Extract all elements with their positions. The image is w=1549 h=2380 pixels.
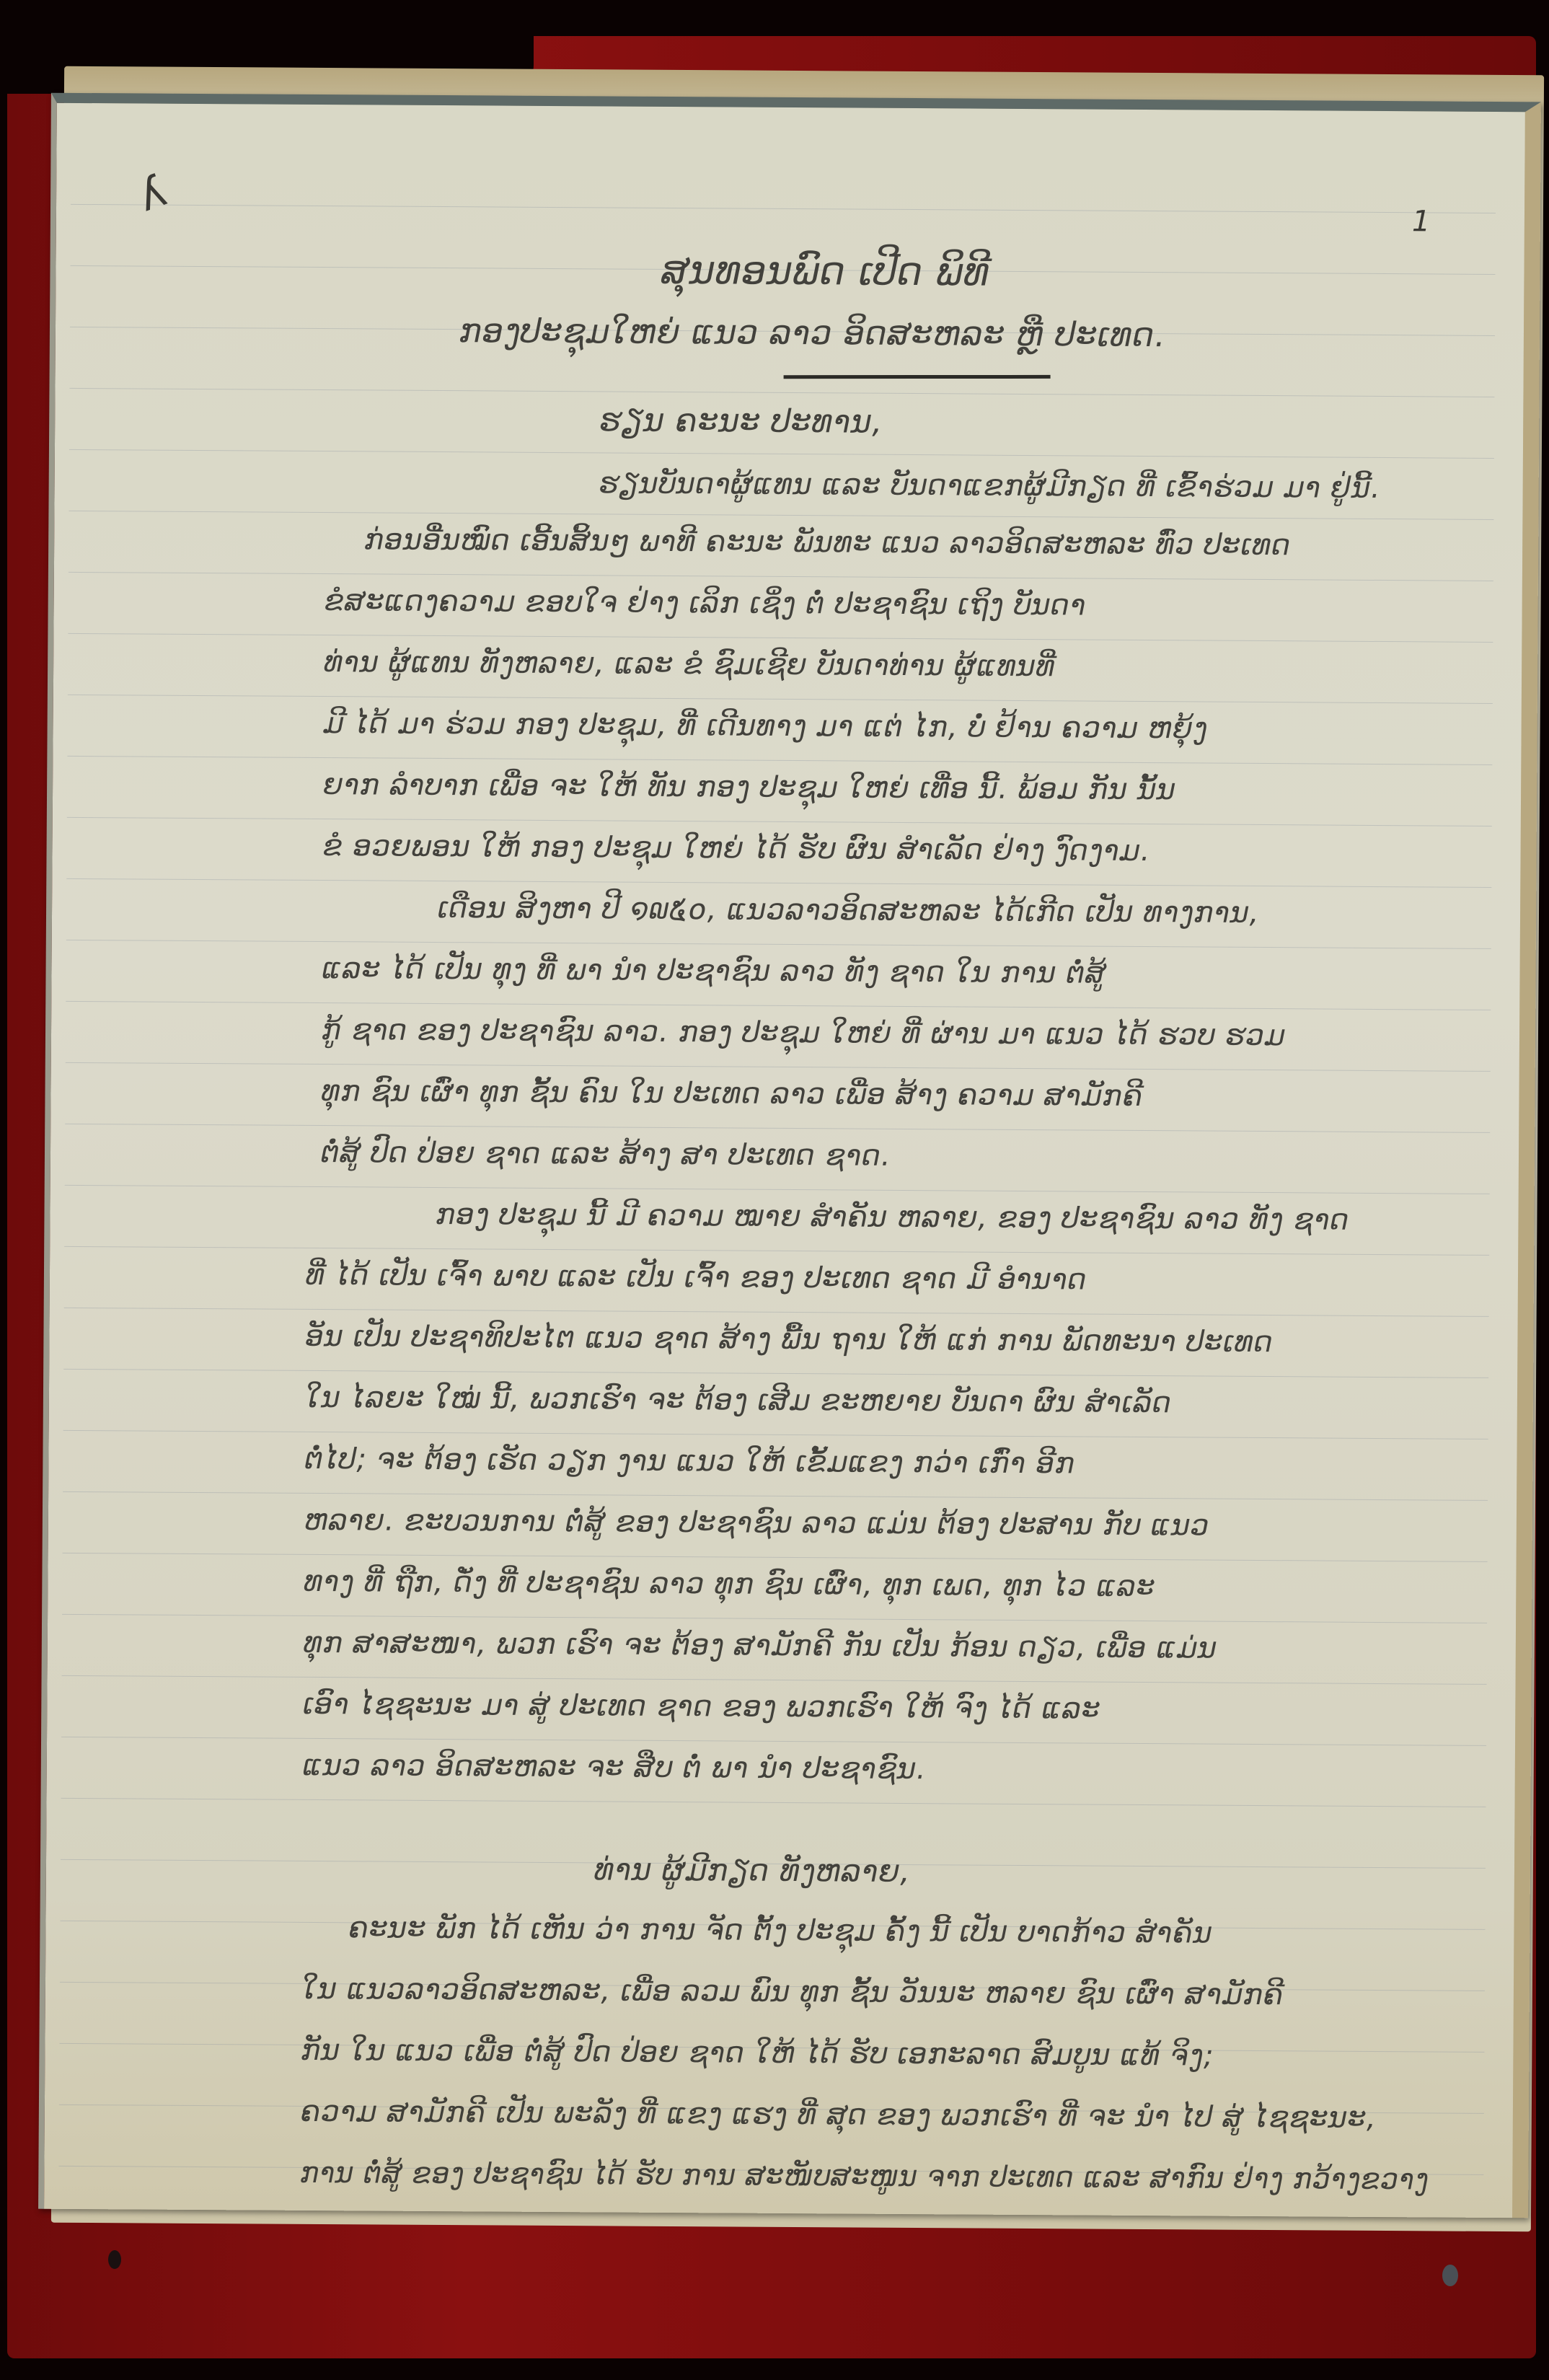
- ruled-line: [63, 1553, 1488, 1562]
- body-line: ແລະ ໄດ້ ເປັນ ທຸງ ທີ່ ພາ ນຳ ປະຊາຊົນ ລາວ ທ…: [322, 952, 1106, 990]
- ruled-line: [69, 572, 1493, 581]
- corner-mark: ʎ: [131, 166, 172, 222]
- body-line: ແນວ ລາວ ອິດສະຫລະ ຈະ ສືບ ຕໍ່ ພາ ນຳ ປະຊາຊົ…: [303, 1749, 927, 1786]
- body-line: ກ່ອນອື່ນໝົດ ເອີ້ນສິ້ນໆ ພາທີ ຄະນະ ພັນທະ ແ…: [364, 523, 1291, 562]
- title-line-1: ສຸນທອນພົດ ເປີດ ພິທີ: [661, 247, 990, 295]
- manuscript-page: ʎ 1 ສຸນທອນພົດ ເປີດ ພິທີ ກອງປະຊຸມໃຫຍ່ ແນວ…: [38, 93, 1541, 2218]
- title-line-2: ກອງປະຊຸມໃຫຍ່ ແນວ ລາວ ອິດສະຫລະ ຫຼື ປະເທດ.: [459, 311, 1166, 354]
- ruled-line: [62, 1675, 1487, 1685]
- body-line: ຫລາຍ. ຂະບວນການ ຕໍ່ສູ້ ຂອງ ປະຊາຊົນ ລາວ ແມ…: [304, 1504, 1210, 1543]
- salutation: ຮຽນ ຄະນະ ປະທານ,: [599, 402, 883, 440]
- body-line: ການ ຕໍ່ສູ້ ຂອງ ປະຊາຊົນ ໄດ້ ຮັບ ການ ສະໜັບ…: [300, 2156, 1429, 2197]
- body-line: ຂໍສະແດງຄວາມ ຂອບໃຈ ຢ່າງ ເລິກ ເຊິ່ງ ຕໍ່ ປະ…: [325, 584, 1087, 622]
- ruled-line: [69, 388, 1494, 397]
- body-line: ກອງ ປະຊຸມ ນີ້ ມີ ຄວາມ ໝາຍ ສຳຄັນ ຫລາຍ, ຂອ…: [436, 1198, 1349, 1237]
- ruled-line: [68, 633, 1493, 643]
- ruled-line: [63, 1491, 1488, 1501]
- ruled-line: [66, 1062, 1491, 1072]
- ruled-line: [69, 449, 1494, 459]
- ruled-line: [61, 1798, 1486, 1807]
- ruled-line: [65, 1185, 1490, 1194]
- body-line: ກູ້ ຊາດ ຂອງ ປະຊາຊົນ ລາວ. ກອງ ປະຊຸມ ໃຫຍ່ …: [322, 1013, 1286, 1052]
- ruled-line: [67, 756, 1492, 765]
- body-line: ຄວາມ ສາມັກຄີ ເປັນ ພະລັງ ທີ່ ແຂງ ແຮງ ທີ່ …: [301, 2095, 1377, 2135]
- ruled-line: [63, 1430, 1488, 1440]
- body-line: ມີ ໄດ້ ມາ ຮ່ວມ ກອງ ປະຊຸມ, ທີ່ ເດີນທາງ ມາ…: [324, 707, 1208, 745]
- body-line: ຕໍ່ສູ້ ປົດ ປ່ອຍ ຊາດ ແລະ ສ້າງ ສາ ປະເທດ ຊາ…: [321, 1136, 891, 1173]
- ruled-line: [64, 1246, 1489, 1256]
- title-underline: [784, 375, 1051, 379]
- section-heading: ທ່ານ ຜູ້ມີກຽດ ທັງຫລາຍ,: [594, 1851, 911, 1889]
- body-line: ຄະນະ ພັກ ໄດ້ ເຫັນ ວ່າ ການ ຈັດ ຕັ້ງ ປະຊຸມ…: [348, 1911, 1212, 1949]
- body-line: ໃນ ໄລຍະ ໃໝ່ ນີ້, ພວກເຮົາ ຈະ ຕ້ອງ ເສີມ ຂະ…: [305, 1381, 1172, 1419]
- pin-icon: [108, 2250, 121, 2269]
- ruled-line: [69, 511, 1493, 520]
- body-line: ໃນ ແນວລາວອິດສະຫລະ, ເພື່ອ ລວມ ພົນ ທຸກ ຊັ້…: [301, 1973, 1284, 2011]
- body-line: ເດືອນ ສິງຫາ ປີ ໑໙໕໐, ແນວລາວອິດສະຫລະ ໄດ້ເ…: [438, 891, 1260, 930]
- ruled-line: [64, 1308, 1489, 1317]
- ruled-line: [63, 1369, 1488, 1378]
- body-line: ກັນ ໃນ ແນວ ເພື່ອ ຕໍ່ສູ້ ປົດ ປ່ອຍ ຊາດ ໃຫ້…: [301, 2034, 1214, 2073]
- pin-icon: [1442, 2265, 1458, 2286]
- body-line: ຂໍ ອວຍພອນ ໃຫ້ ກອງ ປະຊຸມ ໃຫຍ່ ໄດ້ ຮັບ ຜົນ…: [322, 829, 1150, 868]
- ruled-line: [65, 1124, 1490, 1133]
- ruled-line: [66, 878, 1491, 888]
- page-number: 1: [1412, 205, 1431, 238]
- ruled-line: [61, 1737, 1486, 1746]
- ruled-line: [71, 204, 1496, 213]
- ruled-line: [67, 817, 1492, 827]
- body-line: ຕໍ່ໄປ; ຈະ ຕ້ອງ ເຮັດ ວຽກ ງານ ແນວ ໃຫ້ ເຂັ້…: [304, 1442, 1075, 1481]
- ruled-line: [62, 1614, 1487, 1623]
- body-line: ທຸກ ຊົນ ເຜົ່າ ທຸກ ຊັ້ນ ຄົນ ໃນ ປະເທດ ລາວ …: [321, 1075, 1143, 1113]
- body-line: ທາງ ທີ່ ຖືກ, ດັ່ງ ທີ່ ປະຊາຊົນ ລາວ ທຸກ ຊົ…: [304, 1565, 1155, 1603]
- body-line: ຮຽນບັນດາຜູ້ແທນ ແລະ ບັນດາແຂກຜູ້ມີກຽດ ທີ່ …: [599, 467, 1381, 505]
- body-line: ທ່ານ ຜູ້ແທນ ທັງຫລາຍ, ແລະ ຂໍ ຊົມເຊີຍ ບັນດ…: [324, 645, 1056, 683]
- body-line: ເອົາ ໄຊຊະນະ ມາ ສູ່ ປະເທດ ຊາດ ຂອງ ພວກເຮົາ…: [303, 1688, 1100, 1726]
- body-line: ຍາກ ລຳບາກ ເພື່ອ ຈະ ໃຫ້ ທັນ ກອງ ປະຊຸມ ໃຫຍ…: [323, 768, 1176, 806]
- body-line: ທຸກ ສາສະໜາ, ພວກ ເຮົາ ຈະ ຕ້ອງ ສາມັກຄີ ກັນ…: [304, 1626, 1217, 1665]
- ruled-line: [68, 695, 1493, 704]
- body-line: ທີ່ ໄດ້ ເປັນ ເຈົ້າ ພາບ ແລະ ເປັນ ເຈົ້າ ຂອ…: [306, 1259, 1087, 1297]
- ruled-line: [66, 1001, 1491, 1010]
- body-line: ອັນ ເປັນ ປະຊາທິປະໄຕ ແນວ ຊາດ ສ້າງ ພື້ນ ຖາ…: [305, 1320, 1273, 1359]
- ruled-line: [66, 940, 1491, 949]
